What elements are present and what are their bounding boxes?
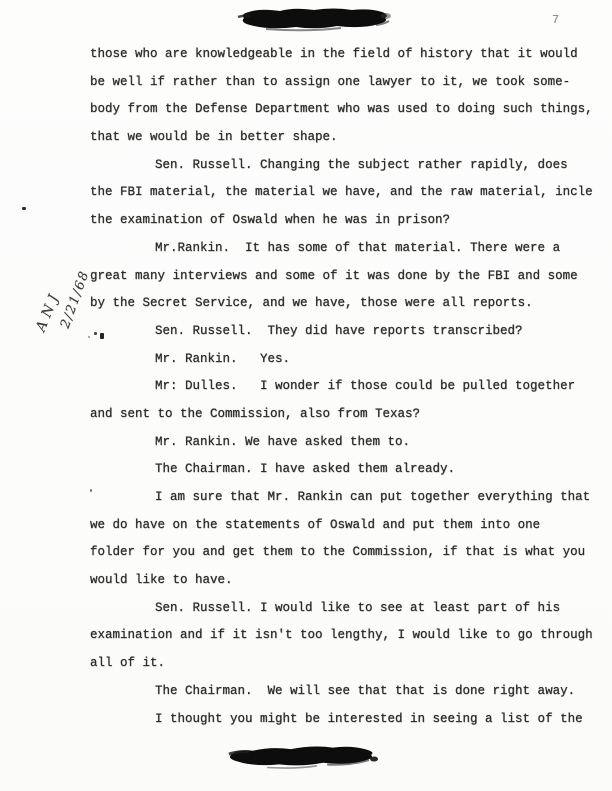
margin-note-initials: ANJ (33, 288, 64, 334)
transcript-line: Mr. Rankin. We have asked them to. (90, 429, 593, 457)
transcript-line: great many interviews and some of it was… (90, 263, 593, 291)
margin-note-date: 2/21/68 (58, 268, 93, 330)
transcript-line: The Chairman. I have asked them already. (90, 456, 593, 484)
ink-speck (94, 332, 97, 335)
transcript-line: by the Secret Service, and we have, thos… (90, 290, 593, 318)
transcript-line: Sen. Russell. They did have reports tran… (90, 318, 593, 346)
ink-speck (90, 489, 92, 492)
ink-speck (22, 207, 26, 210)
transcript-line: those who are knowledgeable in the field… (90, 41, 593, 69)
transcript-line: body from the Defense Department who was… (90, 96, 593, 124)
ink-speck (88, 336, 90, 338)
redaction-bar-bottom (227, 740, 379, 775)
redaction-bar-top (236, 4, 392, 39)
transcript-line: Sen. Russell. I would like to see at lea… (90, 595, 593, 623)
transcript-line: The Chairman. We will see that that is d… (90, 678, 593, 706)
redaction-scribble-icon (236, 4, 392, 34)
transcript-line: Mr. Rankin. Yes. (90, 346, 593, 374)
transcript-line: we do have on the statements of Oswald a… (90, 512, 593, 540)
transcript-line: I thought you might be interested in see… (90, 706, 593, 734)
redaction-scribble-icon (227, 740, 379, 770)
transcript-line: Mr.Rankin. It has some of that material.… (90, 235, 593, 263)
transcript-line: Sen. Russell. Changing the subject rathe… (90, 152, 593, 180)
transcript-line: examination and if it isn't too lengthy,… (90, 622, 593, 650)
transcript-line: and sent to the Commission, also from Te… (90, 401, 593, 429)
page-number: 7 (552, 13, 559, 27)
ink-speck (100, 333, 104, 339)
transcript-line: the examination of Oswald when he was in… (90, 207, 593, 235)
document-page: 7 ANJ 2/21/68 those who are knowledgeabl… (0, 0, 612, 791)
transcript-line: I am sure that Mr. Rankin can put togeth… (90, 484, 593, 512)
transcript-line: be well if rather than to assign one law… (90, 69, 593, 97)
transcript-line: would like to have. (90, 567, 593, 595)
transcript-line: folder for you and get them to the Commi… (90, 539, 593, 567)
transcript-line: all of it. (90, 650, 593, 678)
transcript-text: those who are knowledgeable in the field… (90, 41, 593, 733)
transcript-line: the FBI material, the material we have, … (90, 179, 593, 207)
transcript-line: Mr: Dulles. I wonder if those could be p… (90, 373, 593, 401)
transcript-line: that we would be in better shape. (90, 124, 593, 152)
